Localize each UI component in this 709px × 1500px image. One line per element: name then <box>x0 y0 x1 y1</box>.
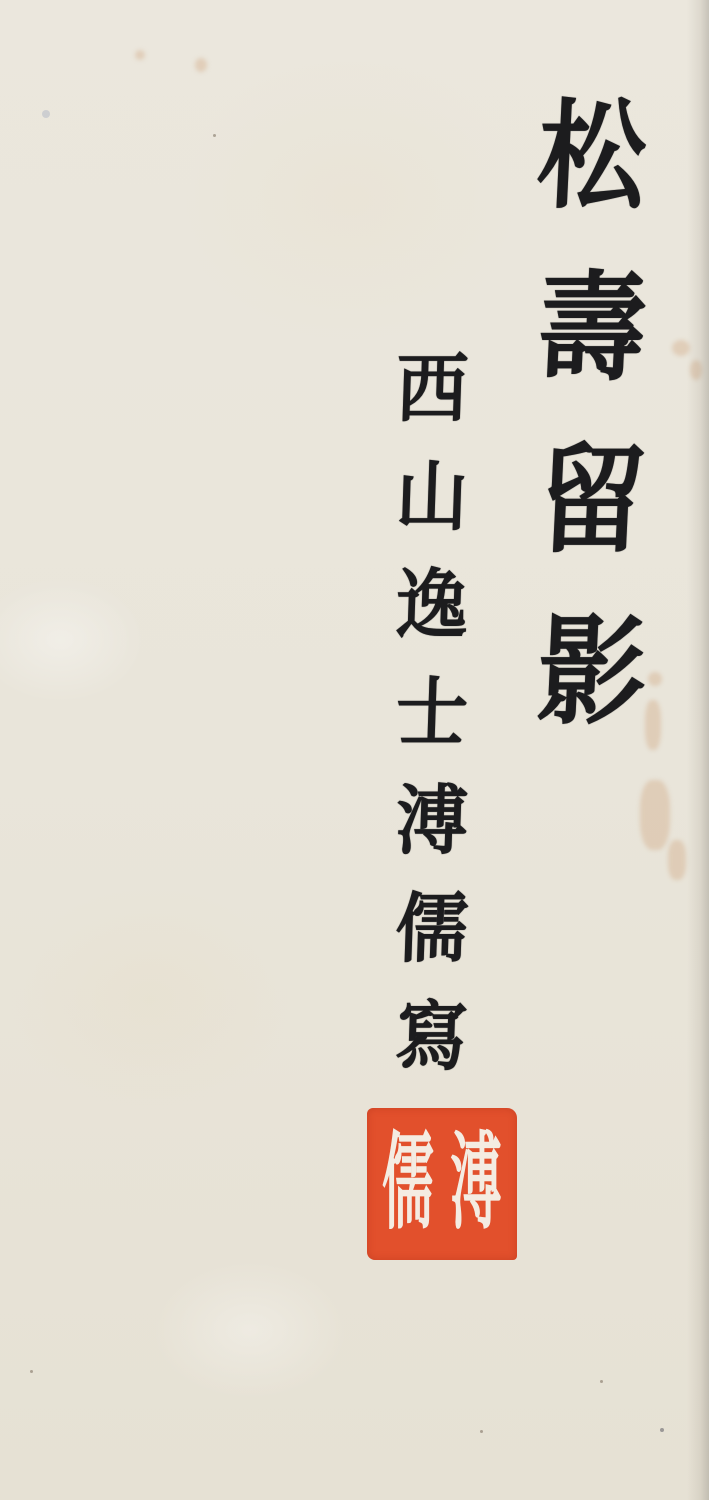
calligraphy-paper: 松 壽 留 影 西 山 逸 士 溥 儒 寫 溥 儒 <box>0 0 709 1500</box>
paper-fleck <box>30 1370 33 1373</box>
foxing-stain <box>640 780 670 850</box>
paper-fleck <box>480 1430 483 1433</box>
paper-fleck <box>42 110 50 118</box>
paper-fleck <box>600 1380 603 1383</box>
paper-fleck <box>660 1428 664 1432</box>
signature-char: 士 <box>394 659 470 767</box>
title-char: 松 <box>534 70 651 242</box>
seal-char: 溥 <box>450 1108 501 1260</box>
title-column: 松 壽 留 影 <box>512 70 672 758</box>
seal-char: 儒 <box>382 1108 433 1260</box>
signature-char: 寫 <box>394 983 470 1091</box>
paper-fleck <box>213 134 216 137</box>
signature-column: 西 山 逸 士 溥 儒 寫 <box>372 335 492 1091</box>
signature-char: 西 <box>394 335 470 443</box>
artist-seal: 溥 儒 <box>367 1108 517 1260</box>
title-char: 留 <box>534 414 651 586</box>
foxing-stain <box>195 58 207 72</box>
title-char: 壽 <box>534 242 651 414</box>
signature-char: 溥 <box>394 767 470 875</box>
foxing-stain <box>668 840 686 880</box>
foxing-stain <box>135 50 145 60</box>
signature-char: 儒 <box>394 875 470 983</box>
signature-char: 逸 <box>394 551 470 659</box>
title-char: 影 <box>534 586 651 758</box>
paper-edge-shadow <box>687 0 709 1500</box>
signature-char: 山 <box>394 443 470 551</box>
